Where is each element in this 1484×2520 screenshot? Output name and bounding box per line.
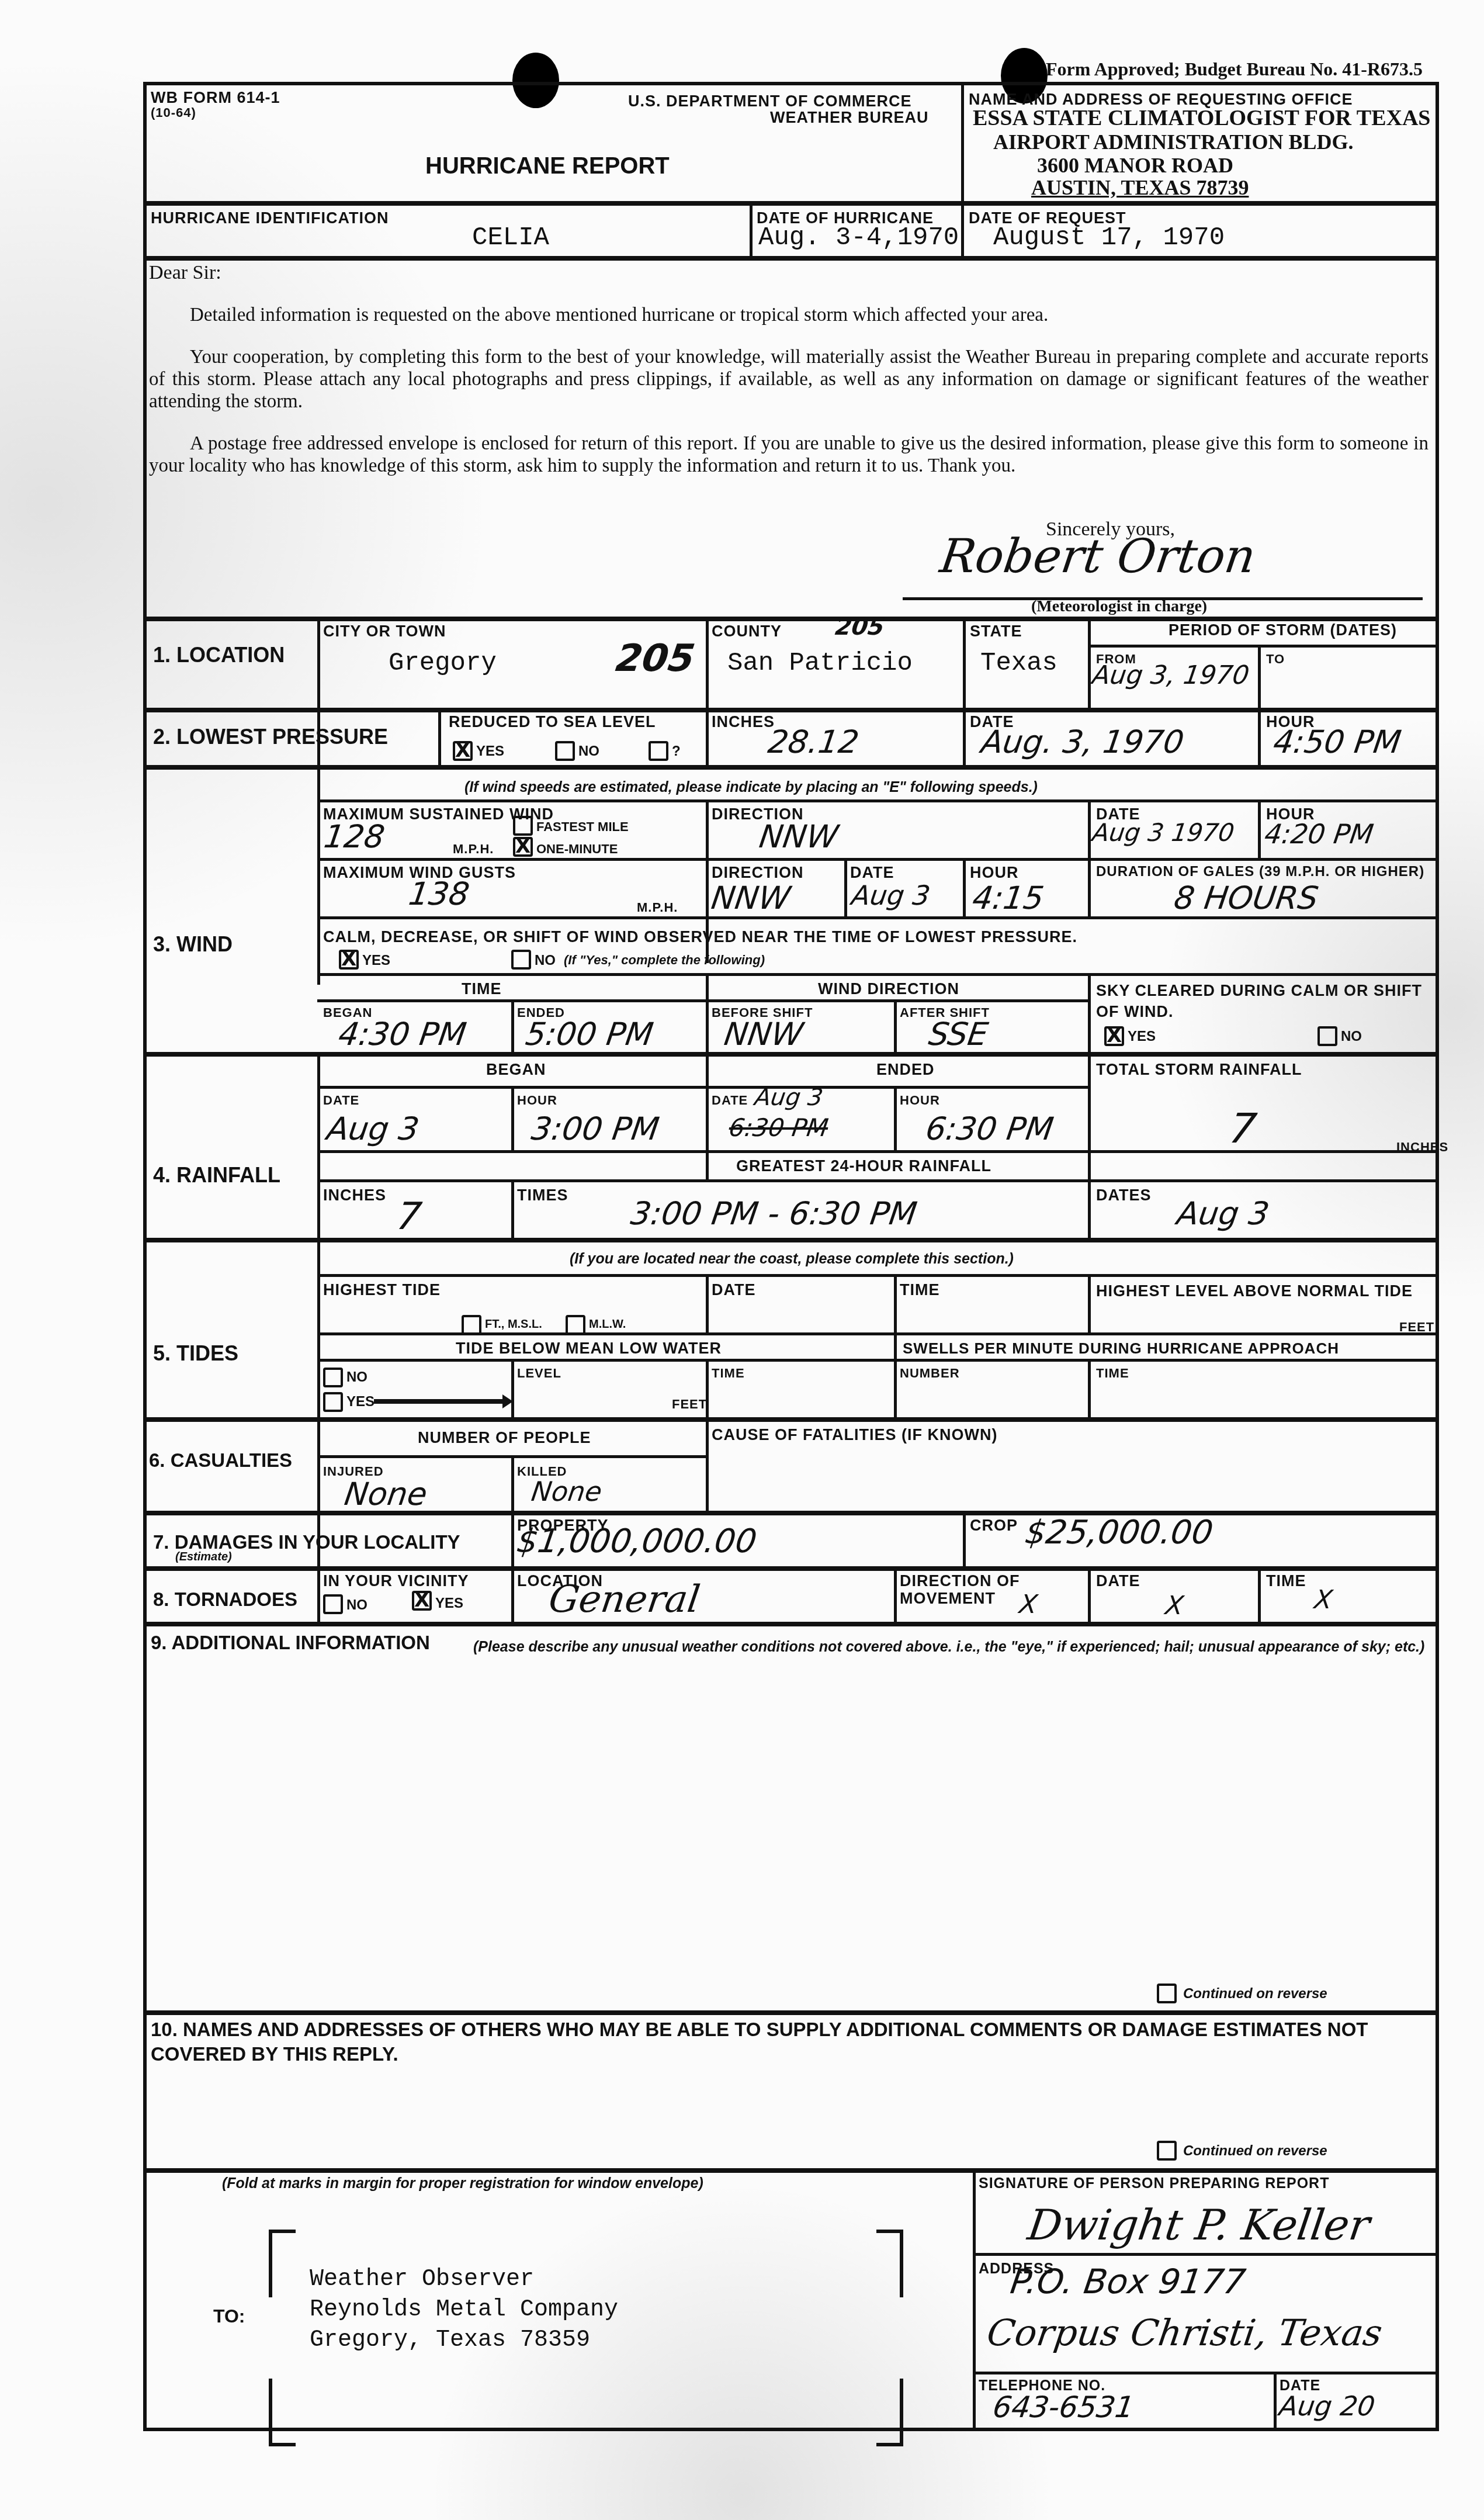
rain-ended-hour-value: 6:30 PM bbox=[924, 1110, 1056, 1147]
sky-yes-label: YES bbox=[1128, 1029, 1156, 1045]
requesting-office-line-2: AIRPORT ADMINISTRATION BLDG. bbox=[993, 130, 1354, 154]
rain-began-header: BEGAN bbox=[486, 1061, 546, 1079]
greatest-dates-label: DATES bbox=[1096, 1186, 1152, 1204]
tide-time-label: TIME bbox=[900, 1281, 940, 1299]
calm-ended-value: 5:00 PM bbox=[523, 1016, 656, 1053]
date-of-hurricane-value: Aug. 3-4,1970 bbox=[758, 223, 959, 252]
form-revision: (10-64) bbox=[151, 105, 196, 120]
fold-mark-top-right bbox=[876, 2230, 903, 2297]
divider bbox=[963, 708, 966, 766]
divider bbox=[894, 1566, 897, 1622]
section-wind: 3. WIND bbox=[153, 932, 233, 957]
period-to-label: TO bbox=[1266, 652, 1285, 667]
damages-estimate-label: (Estimate) bbox=[175, 1550, 232, 1564]
letter-paragraph-3: A postage free addressed envelope is enc… bbox=[149, 432, 1428, 477]
rule bbox=[973, 2253, 1439, 2256]
header-divider bbox=[961, 82, 964, 257]
requester-signature: Robert Orton bbox=[937, 529, 1259, 583]
divider bbox=[706, 617, 709, 710]
below-mlw-header: TIDE BELOW MEAN LOW WATER bbox=[456, 1339, 722, 1358]
total-rain-label: TOTAL STORM RAINFALL bbox=[1096, 1061, 1302, 1079]
sky-yes-checkbox[interactable]: X bbox=[1104, 1026, 1124, 1046]
rule bbox=[317, 1150, 1439, 1153]
preparer-address-line-1: P.O. Box 9177 bbox=[1008, 2262, 1248, 2301]
preparer-signature-label: SIGNATURE OF PERSON PREPARING REPORT bbox=[979, 2175, 1329, 2192]
preparer-signature: Dwight P. Keller bbox=[1025, 2200, 1373, 2249]
divider bbox=[1258, 645, 1261, 710]
reduced-no-label: NO bbox=[578, 743, 599, 760]
below-yes-checkbox[interactable] bbox=[323, 1392, 343, 1412]
rule bbox=[143, 1622, 1439, 1626]
department-name: U.S. DEPARTMENT OF COMMERCE bbox=[628, 92, 912, 110]
divider bbox=[706, 1359, 709, 1417]
rule bbox=[143, 2010, 1439, 2015]
gust-date-value: Aug 3 bbox=[850, 880, 932, 911]
highest-tide-label: HIGHEST TIDE bbox=[323, 1281, 441, 1299]
sky-cleared-label: SKY CLEARED DURING CALM OR SHIFT OF WIND… bbox=[1096, 980, 1423, 1022]
additional-continued-label: Continued on reverse bbox=[1183, 1986, 1327, 2002]
divider bbox=[706, 1274, 709, 1332]
injured-value: None bbox=[342, 1476, 430, 1512]
sustained-direction-value: NNW bbox=[757, 818, 841, 855]
sustained-date-value: Aug 3 1970 bbox=[1091, 818, 1236, 847]
divider bbox=[750, 201, 753, 257]
letter-body: Detailed information is requested on the… bbox=[149, 304, 1428, 497]
additional-info-textarea[interactable] bbox=[152, 1683, 1431, 1981]
form-approval-text: Form Approved; Budget Bureau No. 41-R673… bbox=[1046, 58, 1423, 80]
others-continued-checkbox[interactable] bbox=[1157, 2141, 1177, 2161]
divider bbox=[894, 1086, 897, 1150]
rule bbox=[143, 1052, 1439, 1057]
form-title: HURRICANE REPORT bbox=[425, 153, 670, 179]
telephone-value: 643-6531 bbox=[991, 2390, 1136, 2424]
divider bbox=[1088, 1052, 1091, 1181]
swells-time-label: TIME bbox=[1096, 1366, 1129, 1381]
divider bbox=[511, 999, 514, 1052]
wind-direction-header: WIND DIRECTION bbox=[818, 980, 959, 998]
divider bbox=[1258, 1566, 1261, 1622]
one-minute-label: ONE-MINUTE bbox=[536, 842, 618, 857]
killed-value: None bbox=[529, 1476, 604, 1507]
below-level-label: LEVEL bbox=[517, 1366, 561, 1381]
before-shift-value: NNW bbox=[722, 1016, 806, 1053]
period-label: PERIOD OF STORM (Dates) bbox=[1169, 621, 1397, 639]
gust-hour-value: 4:15 bbox=[970, 880, 1046, 916]
section-tides: 5. TIDES bbox=[153, 1341, 238, 1366]
county-value: San Patricio bbox=[727, 649, 913, 678]
tornado-time-label: TIME bbox=[1266, 1572, 1306, 1590]
rain-began-date-label: DATE bbox=[323, 1093, 359, 1108]
greatest-inches-label: INCHES bbox=[323, 1186, 386, 1204]
greatest-24h-header: GREATEST 24-HOUR RAINFALL bbox=[736, 1157, 991, 1175]
divider bbox=[511, 1359, 514, 1417]
reduced-unknown-label: ? bbox=[672, 743, 681, 760]
rain-ended-date-struck: 6:30 PM bbox=[727, 1113, 830, 1142]
tornado-yes-checkbox[interactable]: X bbox=[412, 1591, 432, 1611]
rain-ended-header: ENDED bbox=[876, 1061, 935, 1079]
below-no-checkbox[interactable] bbox=[323, 1368, 343, 1387]
scanned-page: Form Approved; Budget Bureau No. 41-R673… bbox=[0, 0, 1484, 2520]
arrow-icon bbox=[374, 1399, 505, 1404]
divider bbox=[963, 858, 966, 916]
divider bbox=[973, 2168, 976, 2431]
calm-yes-checkbox[interactable]: X bbox=[339, 950, 359, 970]
cause-of-fatalities-label: CAUSE OF FATALITIES (If known) bbox=[712, 1426, 997, 1444]
rule bbox=[317, 916, 1439, 919]
pressure-date-value: Aug. 3, 1970 bbox=[979, 724, 1187, 760]
divider bbox=[844, 858, 847, 916]
divider bbox=[963, 1511, 966, 1566]
one-minute-checkbox[interactable]: X bbox=[513, 837, 533, 857]
calm-began-value: 4:30 PM bbox=[337, 1016, 469, 1053]
vicinity-label: IN YOUR VICINITY bbox=[323, 1572, 469, 1590]
pressure-hour-value: 4:50 PM bbox=[1271, 724, 1403, 760]
divider bbox=[317, 1052, 320, 1566]
rule bbox=[317, 858, 1439, 861]
rule bbox=[973, 2372, 1439, 2374]
divider bbox=[511, 1566, 514, 1622]
divider bbox=[1088, 799, 1091, 858]
rule bbox=[143, 256, 1439, 261]
rule bbox=[317, 999, 1088, 1002]
divider bbox=[963, 617, 966, 710]
rule bbox=[143, 201, 1439, 206]
divider bbox=[511, 1455, 514, 1511]
fold-mark-top-left bbox=[269, 2230, 296, 2297]
others-textarea[interactable] bbox=[152, 2069, 1431, 2127]
rule bbox=[143, 2168, 1439, 2173]
period-from-value: Aug 3, 1970 bbox=[1090, 660, 1251, 690]
mailing-address-line-2: Reynolds Metal Company bbox=[310, 2297, 618, 2323]
wind-estimate-note: (If wind speeds are estimated, please in… bbox=[464, 779, 1038, 796]
rule bbox=[143, 1511, 1439, 1515]
divider bbox=[438, 708, 441, 766]
divider bbox=[317, 1566, 320, 1622]
rule bbox=[143, 708, 1439, 712]
section-location: 1. LOCATION bbox=[153, 643, 285, 667]
gusts-mph-label: M.P.H. bbox=[637, 900, 678, 915]
requesting-office-line-3: 3600 MANOR ROAD bbox=[1037, 153, 1233, 178]
crop-value: $25,000.00 bbox=[1022, 1514, 1215, 1552]
below-time-label: TIME bbox=[712, 1366, 745, 1381]
tornado-no-label: NO bbox=[346, 1597, 367, 1614]
calm-yes-label: YES bbox=[362, 953, 390, 969]
divider bbox=[894, 1332, 897, 1359]
rain-ended-date-value: Aug 3 bbox=[753, 1084, 825, 1111]
mlw-checkbox[interactable] bbox=[566, 1315, 585, 1335]
divider bbox=[1088, 858, 1091, 916]
others-continued-label: Continued on reverse bbox=[1183, 2143, 1327, 2159]
report-date-value: Aug 20 bbox=[1277, 2390, 1377, 2422]
rule bbox=[317, 1332, 1439, 1335]
letter-paragraph-1: Detailed information is requested on the… bbox=[149, 304, 1428, 326]
rule bbox=[317, 1179, 1439, 1182]
preparer-address-line-2: Corpus Christi, Texas bbox=[984, 2311, 1385, 2354]
sky-no-checkbox[interactable] bbox=[1317, 1026, 1337, 1046]
rain-began-hour-value: 3:00 PM bbox=[529, 1110, 661, 1147]
reduced-label: REDUCED TO SEA LEVEL bbox=[449, 713, 656, 731]
gales-value: 8 HOURS bbox=[1172, 880, 1321, 916]
greatest-times-label: TIMES bbox=[517, 1186, 568, 1204]
rule bbox=[317, 799, 1439, 802]
city-value: Gregory bbox=[389, 649, 497, 678]
above-normal-label: HIGHEST LEVEL ABOVE NORMAL TIDE bbox=[1096, 1281, 1423, 1301]
divider bbox=[511, 1179, 514, 1238]
number-of-people-header: NUMBER OF PEOPLE bbox=[418, 1429, 591, 1447]
rule bbox=[317, 1359, 1439, 1362]
calm-question: CALM, DECREASE, OR SHIFT OF WIND OBSERVE… bbox=[323, 928, 1077, 946]
city-label: CITY OR TOWN bbox=[323, 622, 446, 641]
rule bbox=[143, 1417, 1439, 1422]
divider bbox=[511, 1511, 514, 1566]
fold-note: (Fold at marks in margin for proper regi… bbox=[222, 2175, 703, 2192]
state-label: STATE bbox=[970, 622, 1022, 641]
fold-mark-bottom-left bbox=[269, 2379, 296, 2446]
county-annotation: 205 bbox=[834, 614, 886, 641]
signer-title: (Meteorologist in charge) bbox=[1031, 597, 1207, 616]
sustained-mph-label: M.P.H. bbox=[453, 842, 494, 857]
property-value: $1,000,000.00 bbox=[514, 1522, 759, 1560]
reduced-yes-label: YES bbox=[476, 743, 504, 760]
divider bbox=[706, 708, 709, 766]
ft-msl-label: FT., M.S.L. bbox=[485, 1318, 542, 1331]
divider bbox=[1088, 1179, 1091, 1238]
divider bbox=[1088, 617, 1091, 710]
max-sustained-value: 128 bbox=[322, 818, 387, 855]
hurricane-id-value: CELIA bbox=[472, 223, 549, 252]
divider bbox=[894, 1274, 897, 1332]
divider bbox=[706, 973, 709, 1052]
time-header: TIME bbox=[462, 980, 502, 998]
crop-label: CROP bbox=[970, 1517, 1018, 1535]
additional-instructions: (Please describe any unusual weather con… bbox=[473, 1635, 1431, 1659]
gales-label: DURATION OF GALES (39 m.p.h. or higher) bbox=[1096, 864, 1424, 880]
sky-no-label: NO bbox=[1341, 1029, 1362, 1045]
additional-continued-checkbox[interactable] bbox=[1157, 1984, 1177, 2003]
calm-no-checkbox[interactable] bbox=[511, 950, 531, 970]
divider bbox=[1088, 973, 1091, 1052]
section-rainfall: 4. RAINFALL bbox=[153, 1163, 280, 1188]
greatest-dates-value: Aug 3 bbox=[1175, 1195, 1272, 1232]
fold-mark-bottom-right bbox=[876, 2379, 903, 2446]
mailing-address-line-3: Gregory, Texas 78359 bbox=[310, 2327, 590, 2353]
divider bbox=[1258, 799, 1261, 858]
tides-note: (If you are located near the coast, plea… bbox=[570, 1251, 1014, 1268]
date-of-request-value: August 17, 1970 bbox=[993, 223, 1225, 252]
divider bbox=[894, 999, 897, 1052]
section-others: 10. NAMES AND ADDRESSES OF OTHERS WHO MA… bbox=[151, 2017, 1430, 2066]
divider bbox=[1274, 2372, 1277, 2431]
rule bbox=[143, 1566, 1439, 1571]
ft-msl-checkbox[interactable] bbox=[462, 1315, 481, 1335]
rule bbox=[317, 1086, 1088, 1089]
below-yes-label: YES bbox=[346, 1394, 375, 1410]
divider bbox=[1088, 1274, 1091, 1332]
requesting-office-line-4: AUSTIN, TEXAS 78739 bbox=[1031, 175, 1249, 200]
gust-direction-value: NNW bbox=[709, 880, 793, 916]
reduced-yes-checkbox[interactable]: X bbox=[453, 741, 473, 761]
divider bbox=[706, 1417, 709, 1511]
rule bbox=[143, 617, 1439, 621]
mlw-label: M.L.W. bbox=[589, 1318, 626, 1331]
bureau-name: WEATHER BUREAU bbox=[770, 109, 929, 127]
tornado-direction-label: DIRECTION OF MOVEMENT bbox=[900, 1572, 1028, 1607]
mailing-address-line-1: Weather Observer bbox=[310, 2266, 534, 2293]
divider bbox=[1088, 1359, 1091, 1417]
calm-no-note: (If "Yes," complete the following) bbox=[564, 953, 765, 968]
rule bbox=[317, 1274, 1439, 1277]
form-number: WB FORM 614-1 bbox=[151, 89, 280, 107]
section-additional: 9. ADDITIONAL INFORMATION bbox=[151, 1632, 430, 1654]
tide-date-label: DATE bbox=[712, 1281, 756, 1299]
divider bbox=[1258, 708, 1261, 766]
letter-paragraph-2: Your cooperation, by completing this for… bbox=[149, 346, 1428, 413]
tornado-date-label: DATE bbox=[1096, 1572, 1140, 1590]
rain-ended-date-label: DATE bbox=[712, 1093, 748, 1108]
inches-value: 28.12 bbox=[766, 724, 861, 760]
rule bbox=[317, 973, 1439, 976]
requesting-office-line-1: ESSA STATE CLIMATOLOGIST FOR TEXAS bbox=[973, 105, 1431, 131]
divider bbox=[1088, 1566, 1091, 1622]
divider bbox=[706, 1052, 709, 1181]
below-level-unit: FEET bbox=[672, 1397, 707, 1412]
state-value: Texas bbox=[980, 649, 1057, 678]
hurricane-id-label: HURRICANE IDENTIFICATION bbox=[151, 209, 389, 227]
to-label: TO: bbox=[213, 2306, 245, 2327]
county-label: COUNTY bbox=[712, 622, 782, 641]
divider bbox=[894, 1359, 897, 1417]
tornado-no-checkbox[interactable] bbox=[323, 1594, 343, 1614]
inches-label: INCHES bbox=[712, 713, 775, 731]
section-tornadoes: 8. TORNADOES bbox=[153, 1588, 297, 1611]
section-casualties: 6. CASUALTIES bbox=[149, 1449, 292, 1472]
code-annotation: 205 bbox=[613, 637, 698, 680]
tornado-location-value: General bbox=[546, 1578, 703, 1621]
reduced-no-checkbox[interactable] bbox=[555, 741, 575, 761]
swells-header: SWELLS PER MINUTE DURING HURRICANE APPRO… bbox=[903, 1339, 1339, 1358]
fastest-mile-label: FASTEST MILE bbox=[536, 819, 629, 835]
rule bbox=[143, 765, 1439, 770]
reduced-unknown-checkbox[interactable] bbox=[649, 741, 668, 761]
sustained-hour-value: 4:20 PM bbox=[1263, 818, 1375, 850]
rule bbox=[1088, 645, 1438, 648]
max-gusts-value: 138 bbox=[407, 875, 472, 912]
rain-began-hour-label: HOUR bbox=[517, 1093, 557, 1108]
rain-began-date-value: Aug 3 bbox=[325, 1110, 422, 1147]
swells-number-label: NUMBER bbox=[900, 1366, 960, 1381]
section-pressure: 2. LOWEST PRESSURE bbox=[153, 725, 388, 749]
divider bbox=[511, 1086, 514, 1150]
rain-ended-hour-label: HOUR bbox=[900, 1093, 940, 1108]
calm-no-label: NO bbox=[535, 953, 556, 969]
rule bbox=[143, 1238, 1439, 1242]
salutation: Dear Sir: bbox=[149, 262, 221, 284]
fastest-mile-checkbox[interactable] bbox=[513, 816, 533, 836]
below-no-label: NO bbox=[346, 1369, 367, 1386]
greatest-times-value: 3:00 PM - 6:30 PM bbox=[629, 1195, 920, 1232]
after-shift-value: SSE bbox=[927, 1016, 991, 1053]
tornado-yes-label: YES bbox=[435, 1595, 463, 1612]
